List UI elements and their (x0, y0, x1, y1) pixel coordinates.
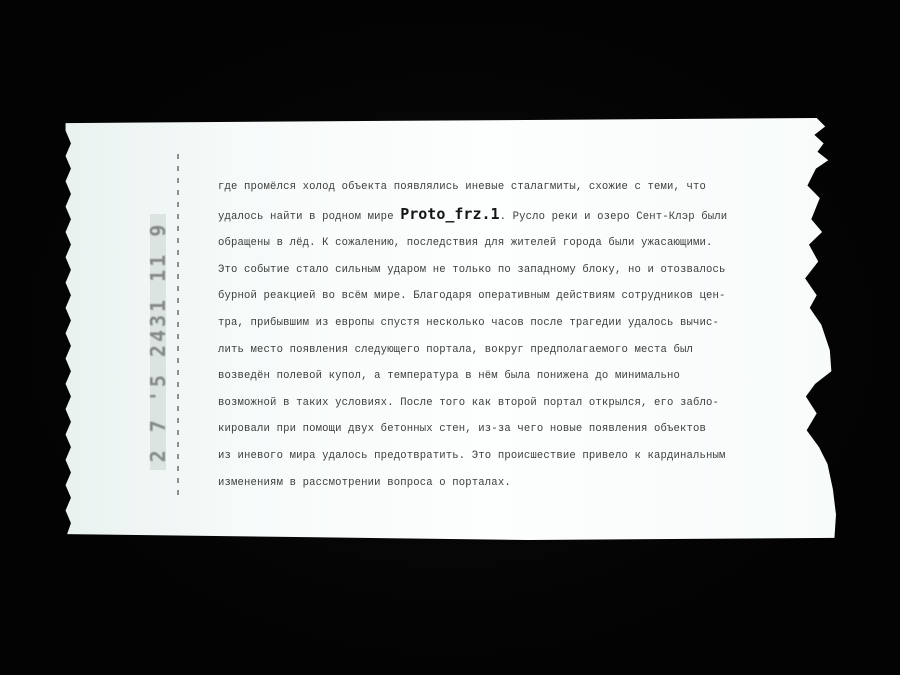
text-line: возможной в таких условиях. После того к… (218, 390, 788, 417)
perforation-dotted-line (177, 154, 179, 498)
emphasized-term: Proto_frz.1 (400, 205, 499, 223)
document-text: где промёлся холод объекта появлялись ин… (218, 174, 788, 496)
text-line: тра, прибывшим из европы спустя нескольк… (218, 310, 788, 337)
rotated-stamp-number: 2 7 '5 2431 11 9 (146, 222, 170, 463)
text-line: Это событие стало сильным ударом не толь… (218, 257, 788, 284)
text-line: из иневого мира удалось предотвратить. Э… (218, 443, 788, 470)
photo-scene: 2 7 '5 2431 11 9 где промёлся холод объе… (0, 0, 900, 675)
text-segment: удалось найти в родном мире (218, 211, 400, 223)
text-segment: . Русло реки и озеро Сент-Клэр были (500, 211, 728, 223)
text-line: кировали при помощи двух бетонных стен, … (218, 416, 788, 443)
text-line: обращены в лёд. К сожалению, последствия… (218, 230, 788, 257)
text-line: лить место появления следующего портала,… (218, 337, 788, 364)
torn-paper-sheet: 2 7 '5 2431 11 9 где промёлся холод объе… (64, 118, 836, 540)
text-line: изменениям в рассмотрении вопроса о порт… (218, 470, 788, 497)
text-line: бурной реакцией во всём мире. Благодаря … (218, 283, 788, 310)
text-line: возведён полевой купол, а температура в … (218, 363, 788, 390)
text-line: где промёлся холод объекта появлялись ин… (218, 174, 788, 201)
text-line: удалось найти в родном мире Proto_frz.1.… (218, 201, 788, 231)
